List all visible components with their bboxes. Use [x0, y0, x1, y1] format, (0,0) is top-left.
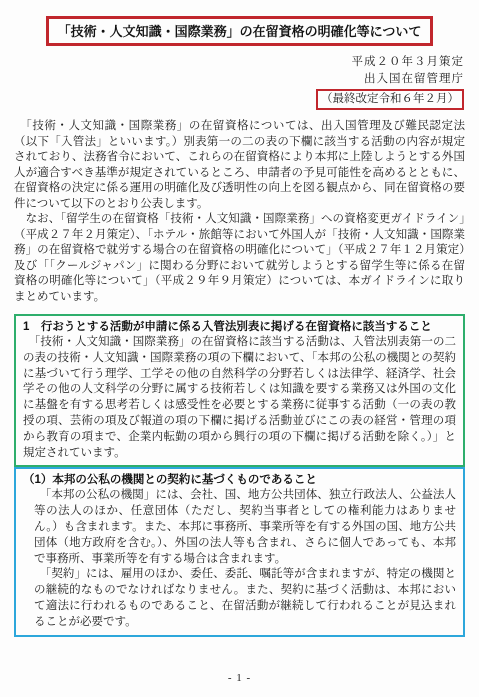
page-number: - 1 - [0, 672, 479, 684]
section-1-paragraph: 「技術・人文知識・国際業務」の在留資格に該当する活動は、入管法別表第一の二の表の… [23, 335, 456, 461]
subsection-1-box: （1）本邦の公私の機関との契約に基づくものであること 「本邦の公私の機関」には、… [14, 467, 465, 636]
document-meta: 平成２０年３月策定 出入国在留管理庁 （最終改定令和６年２月） [14, 54, 464, 110]
title-area: 「技術・人文知識・国際業務」の在留資格の明確化等について [14, 16, 465, 46]
subsection-1-body: 「本邦の公私の機関」には、会社、国、地方公共団体、独立行政法人、公益法人等の法人… [23, 488, 456, 630]
document-title: 「技術・人文知識・国際業務」の在留資格の明確化等について [46, 16, 434, 46]
document-page: 「技術・人文知識・国際業務」の在留資格の明確化等について 平成２０年３月策定 出… [0, 0, 479, 697]
intro-paragraph-1: 「技術・人文知識・国際業務」の在留資格については、出入国管理及び難民認定法（以下… [14, 119, 465, 212]
section-1-body: 「技術・人文知識・国際業務」の在留資格に該当する活動は、入管法別表第一の二の表の… [23, 335, 456, 461]
section-1-box: 1 行おうとする活動が申請に係る入管法別表に掲げる在留資格に該当すること 「技術… [14, 314, 465, 467]
section-1-heading: 1 行おうとする活動が申請に係る入管法別表に掲げる在留資格に該当すること [23, 319, 456, 335]
meta-last-revised-badge: （最終改定令和６年２月） [316, 89, 464, 110]
subsection-1-heading: （1）本邦の公私の機関との契約に基づくものであること [23, 472, 456, 488]
meta-agency-name: 出入国在留管理庁 [14, 71, 464, 88]
intro-section: 「技術・人文知識・国際業務」の在留資格については、出入国管理及び難民認定法（以下… [14, 119, 465, 305]
meta-established-date: 平成２０年３月策定 [14, 54, 464, 71]
subsection-1-paragraph-1: 「本邦の公私の機関」には、会社、国、地方公共団体、独立行政法人、公益法人等の法人… [34, 488, 456, 567]
subsection-1-paragraph-2: 「契約」には、雇用のほか、委任、委託、嘱託等が含まれますが、特定の機関との継続的… [34, 567, 456, 630]
intro-paragraph-2: なお、「留学生の在留資格「技術・人文知識・国際業務」への資格変更ガイドライン」（… [14, 212, 465, 305]
